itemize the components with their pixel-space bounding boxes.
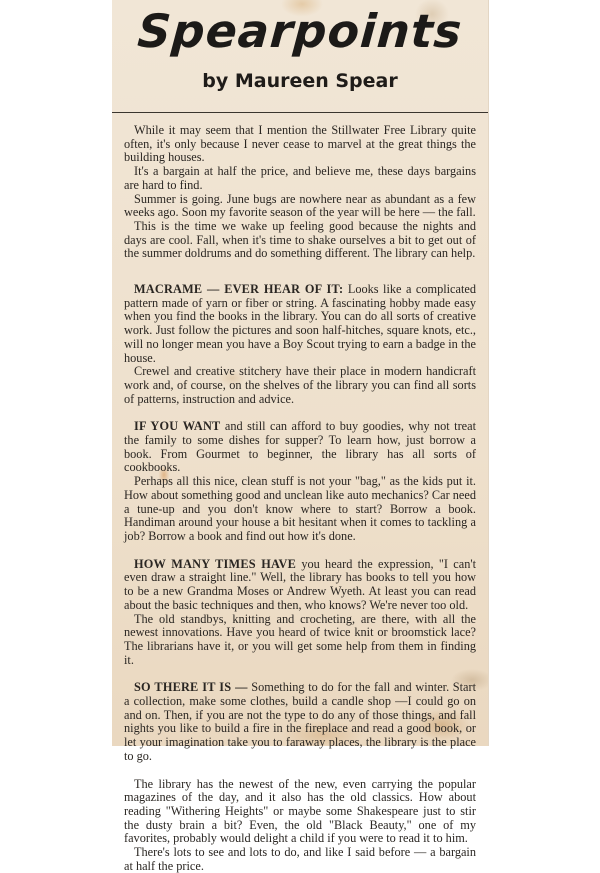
section-spacer <box>124 261 476 283</box>
section-so-there-it-is: SO THERE IT IS — Something to do for the… <box>124 681 476 750</box>
section-macrame: MACRAME — EVER HEAR OF IT: Looks like a … <box>124 283 476 365</box>
section-lead: HOW MANY TIMES HAVE <box>134 557 296 571</box>
section-spacer <box>124 406 476 420</box>
newspaper-clipping: Spearpoints by Maureen Spear While it ma… <box>112 0 488 746</box>
section-spacer <box>124 544 476 558</box>
section-paragraph: Perhaps all this nice, clean stuff is no… <box>124 475 476 544</box>
section-paragraph: The old standbys, knitting and crochetin… <box>124 613 476 668</box>
intro-paragraph: This is the time we wake up feeling good… <box>124 220 476 261</box>
section-if-you-want: IF YOU WANT and still can afford to buy … <box>124 420 476 475</box>
section-how-many-times: HOW MANY TIMES HAVE you heard the expres… <box>124 558 476 613</box>
section-lead: IF YOU WANT <box>134 419 220 433</box>
section-lead: MACRAME — EVER HEAR OF IT: <box>134 282 343 296</box>
byline: by Maureen Spear <box>112 70 488 92</box>
intro-paragraph: While it may seem that I mention the Sti… <box>124 124 476 165</box>
section-spacer <box>124 667 476 681</box>
section-paragraph: Crewel and creative stitchery have their… <box>124 365 476 406</box>
column-title: Spearpoints <box>110 4 490 58</box>
header-divider <box>112 112 488 113</box>
section-lead: SO THERE IT IS — <box>134 680 248 694</box>
intro-paragraph: Summer is going. June bugs are nowhere n… <box>124 193 476 220</box>
intro-paragraph: It's a bargain at half the price, and be… <box>124 165 476 192</box>
article-body: While it may seem that I mention the Sti… <box>124 124 476 750</box>
